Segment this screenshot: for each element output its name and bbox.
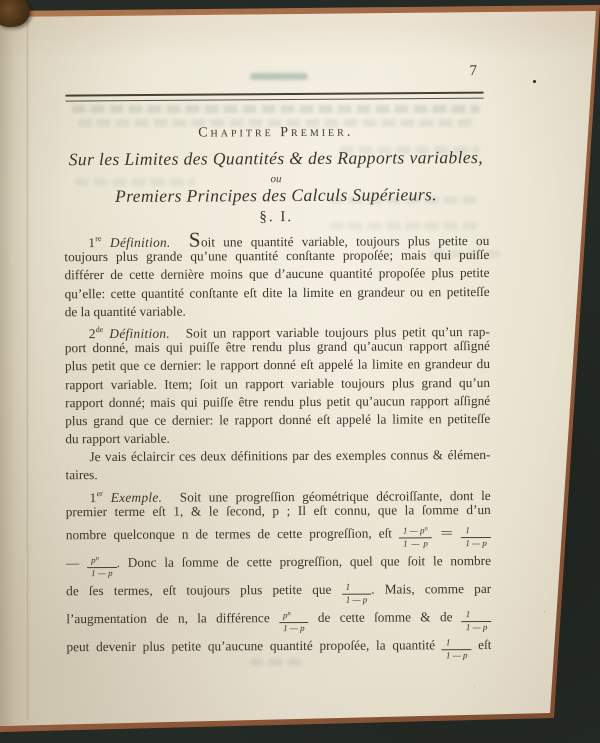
math-line: de ſes termes, eſt toujours plus petite … <box>66 575 491 605</box>
chapter-heading: Chapitre Premier. <box>64 124 488 142</box>
paragraph-definition-2: 2de Définition. Soit un rapport variable… <box>65 319 491 449</box>
text-line: du rapport variable. <box>65 428 490 448</box>
page-number: 7 <box>469 63 478 80</box>
text-line: port donné, mais qui puiſſe être rendu p… <box>65 337 490 357</box>
text-line: taires. <box>65 464 490 484</box>
paragraph-interlude: Je vais éclaircir ces deux définitions p… <box>65 446 490 485</box>
text-line: rapport variable. Item; ſoit un rapport … <box>65 374 490 394</box>
fraction: 1 — pn1 — p <box>399 526 432 549</box>
math-line: l’augmentation de n, la différence pn1 —… <box>66 603 491 633</box>
minus-sign: — <box>66 555 79 570</box>
text-line: de la quantité variable. <box>65 301 490 321</box>
fraction: 11 — p <box>461 526 491 549</box>
text-line: 1re Définition. Soit une quantité variab… <box>64 228 489 248</box>
text-line: Je vais éclaircir ces deux définitions p… <box>65 446 490 466</box>
paragraph-definition-1: 1re Définition. Soit une quantité variab… <box>64 228 489 321</box>
fraction: pn1 — p <box>87 555 117 578</box>
text-line: premier terme eſt 1, & le ſecond, p ; Il… <box>66 501 491 521</box>
text-line: qu’elle: cette quantité conſtante eſt di… <box>65 283 490 303</box>
text-line: plus grand que ce dernier: le rapport do… <box>65 410 490 430</box>
text-line: différer de cette dernière moins que d’a… <box>64 264 489 284</box>
math-line: — pn1 — p. Donc la ſomme de cette progre… <box>66 547 491 577</box>
math-line: nombre quelconque n de termes de cette p… <box>66 519 491 549</box>
paragraph-example-1: 1er Exemple. Soit une progreſſion géomét… <box>66 483 492 662</box>
fraction: pn1 — p <box>279 610 309 633</box>
chapter-title-line1: Sur les Limites des Quantités & des Rapp… <box>44 147 508 170</box>
text-line: rapport donné; mais qui puiſſe être rend… <box>65 392 490 412</box>
equals-sign: = <box>440 519 453 547</box>
chapter-title-line2: Premiers Principes des Calculs Supérieur… <box>44 184 508 207</box>
text-line: 1er Exemple. Soit une progreſſion géomét… <box>66 483 491 503</box>
text-line: toujours plus grande qu’une quantité con… <box>64 246 489 266</box>
text-line: plus petit que ce dernier: le rapport do… <box>65 355 490 375</box>
header-rule <box>66 92 484 102</box>
text-column: 1re Définition. Soit une quantité variab… <box>64 228 491 661</box>
fraction: 11 — p <box>442 638 472 661</box>
page-content: 7 Chapitre Premier. Sur les Limites des … <box>0 0 600 743</box>
fraction: 11 — p <box>342 582 372 605</box>
math-line: peut devenir plus petite qu’aucune quant… <box>66 631 491 661</box>
text-line: 2de Définition. Soit un rapport variable… <box>65 319 490 339</box>
section-mark: §. I. <box>64 208 488 227</box>
fraction: 11 — p <box>462 610 492 633</box>
